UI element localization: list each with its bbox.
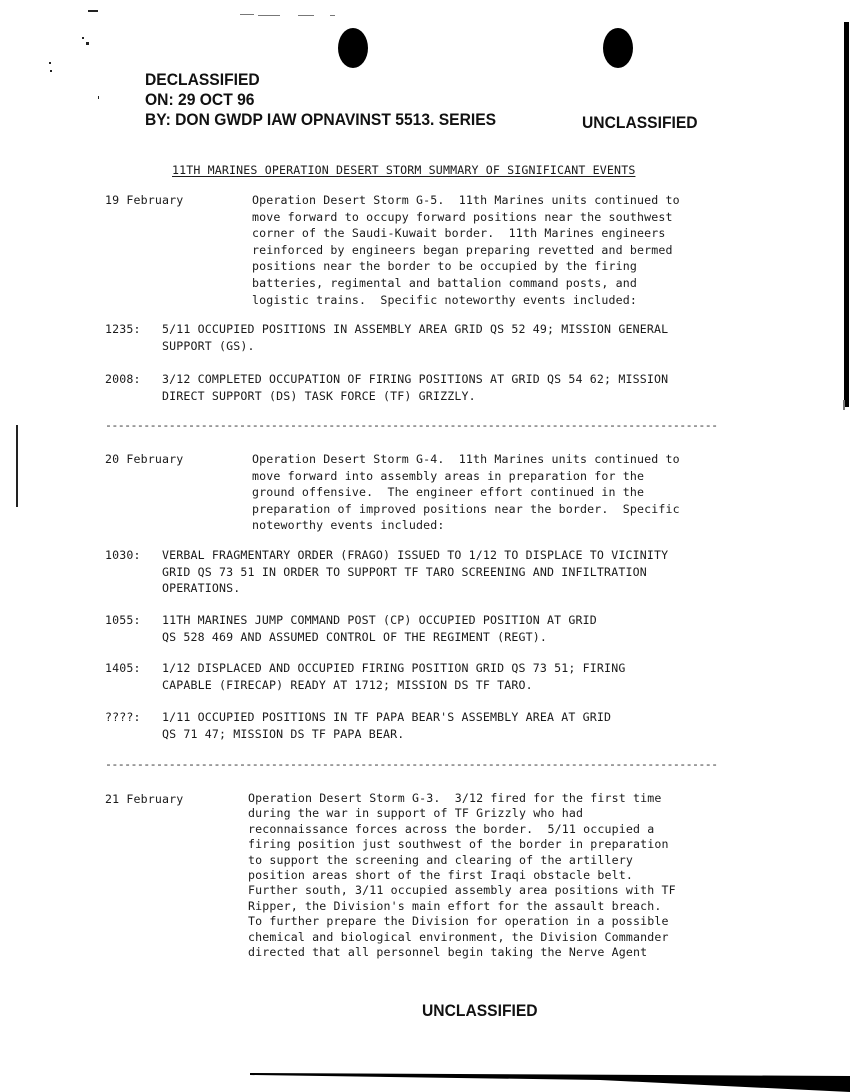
summary-line: position areas short of the first Iraqi …	[248, 868, 676, 883]
event-line: 3/12 COMPLETED OCCUPATION OF FIRING POSI…	[162, 371, 668, 388]
scan-speck	[50, 70, 52, 72]
summary-line: reinforced by engineers began preparing …	[252, 242, 680, 259]
section-separator: ----------------------------------------…	[105, 418, 740, 432]
event-text: VERBAL FRAGMENTARY ORDER (FRAGO) ISSUED …	[162, 547, 668, 597]
event-text: 1/12 DISPLACED AND OCCUPIED FIRING POSIT…	[162, 660, 625, 693]
event-text: 1/11 OCCUPIED POSITIONS IN TF PAPA BEAR'…	[162, 709, 611, 742]
event-line: 1/12 DISPLACED AND OCCUPIED FIRING POSIT…	[162, 660, 625, 677]
scan-speck	[298, 15, 314, 16]
declassified-stamp: DECLASSIFIED ON: 29 OCT 96 BY: DON GWDP …	[145, 70, 496, 130]
summary-line: batteries, regimental and battalion comm…	[252, 275, 680, 292]
event-text: 3/12 COMPLETED OCCUPATION OF FIRING POSI…	[162, 371, 668, 404]
section-summary-19feb: Operation Desert Storm G-5. 11th Marines…	[252, 192, 680, 308]
section-separator: ----------------------------------------…	[105, 757, 740, 771]
summary-line: move forward to occupy forward positions…	[252, 209, 680, 226]
event-text: 11TH MARINES JUMP COMMAND POST (CP) OCCU…	[162, 612, 597, 645]
event-line: 1/11 OCCUPIED POSITIONS IN TF PAPA BEAR'…	[162, 709, 611, 726]
section-summary-20feb: Operation Desert Storm G-4. 11th Marines…	[252, 451, 680, 534]
punch-hole-right	[603, 28, 633, 68]
event-line: 5/11 OCCUPIED POSITIONS IN ASSEMBLY AREA…	[162, 321, 668, 338]
scan-speck	[86, 42, 89, 45]
scan-bottom-edge	[250, 1068, 850, 1092]
scan-speck	[330, 15, 335, 16]
summary-line: ground offensive. The engineer effort co…	[252, 484, 680, 501]
scan-speck	[88, 10, 98, 12]
event-time: 1055:	[105, 612, 141, 629]
scan-edge-bar	[844, 22, 849, 407]
event-line: QS 71 47; MISSION DS TF PAPA BEAR.	[162, 726, 611, 743]
stamp-line-2: ON: 29 OCT 96	[145, 90, 496, 110]
classification-top: UNCLASSIFIED	[582, 113, 698, 133]
section-date-21feb: 21 February	[105, 791, 183, 808]
summary-line: to support the screening and clearing of…	[248, 853, 676, 868]
summary-line: logistic trains. Specific noteworthy eve…	[252, 292, 680, 309]
event-line: CAPABLE (FIRECAP) READY AT 1712; MISSION…	[162, 677, 625, 694]
event-time: 1405:	[105, 660, 141, 677]
summary-line: positions near the border to be occupied…	[252, 258, 680, 275]
scan-speck	[240, 14, 254, 15]
summary-line: reconnaissance forces across the border.…	[248, 822, 676, 837]
punch-hole-left	[338, 28, 368, 68]
stamp-line-3: BY: DON GWDP IAW OPNAVINST 5513. SERIES	[145, 110, 496, 130]
scan-margin-line	[16, 425, 18, 507]
event-time: 1030:	[105, 547, 141, 564]
event-line: VERBAL FRAGMENTARY ORDER (FRAGO) ISSUED …	[162, 547, 668, 564]
scan-edge-bar-tail	[843, 400, 845, 410]
summary-line: chemical and biological environment, the…	[248, 930, 676, 945]
event-time: 1235:	[105, 321, 141, 338]
scan-speck	[82, 37, 84, 39]
summary-line: Ripper, the Division's main effort for t…	[248, 899, 676, 914]
summary-line: Operation Desert Storm G-3. 3/12 fired f…	[248, 791, 676, 806]
summary-line: directed that all personnel begin taking…	[248, 945, 676, 960]
event-line: SUPPORT (GS).	[162, 338, 668, 355]
summary-line: preparation of improved positions near t…	[252, 501, 680, 518]
document-title: 11TH MARINES OPERATION DESERT STORM SUMM…	[172, 162, 635, 179]
summary-line: firing position just southwest of the bo…	[248, 837, 676, 852]
event-line: GRID QS 73 51 IN ORDER TO SUPPORT TF TAR…	[162, 564, 668, 581]
scan-speck	[258, 15, 280, 16]
event-line: 11TH MARINES JUMP COMMAND POST (CP) OCCU…	[162, 612, 597, 629]
summary-line: corner of the Saudi-Kuwait border. 11th …	[252, 225, 680, 242]
section-date-19feb: 19 February	[105, 192, 183, 209]
event-line: QS 528 469 AND ASSUMED CONTROL OF THE RE…	[162, 629, 597, 646]
scan-speck	[98, 96, 99, 99]
summary-line: Operation Desert Storm G-5. 11th Marines…	[252, 192, 680, 209]
summary-line: To further prepare the Division for oper…	[248, 914, 676, 929]
event-line: DIRECT SUPPORT (DS) TASK FORCE (TF) GRIZ…	[162, 388, 668, 405]
stamp-line-1: DECLASSIFIED	[145, 70, 496, 90]
section-date-20feb: 20 February	[105, 451, 183, 468]
summary-line: Operation Desert Storm G-4. 11th Marines…	[252, 451, 680, 468]
summary-line: during the war in support of TF Grizzly …	[248, 806, 676, 821]
event-line: OPERATIONS.	[162, 580, 668, 597]
scan-speck	[49, 62, 51, 64]
summary-line: noteworthy events included:	[252, 517, 680, 534]
event-time: 2008:	[105, 371, 141, 388]
summary-line: Further south, 3/11 occupied assembly ar…	[248, 883, 676, 898]
section-summary-21feb: Operation Desert Storm G-3. 3/12 fired f…	[248, 791, 676, 960]
summary-line: move forward into assembly areas in prep…	[252, 468, 680, 485]
classification-bottom: UNCLASSIFIED	[422, 1001, 538, 1021]
event-time: ????:	[105, 709, 141, 726]
event-text: 5/11 OCCUPIED POSITIONS IN ASSEMBLY AREA…	[162, 321, 668, 354]
